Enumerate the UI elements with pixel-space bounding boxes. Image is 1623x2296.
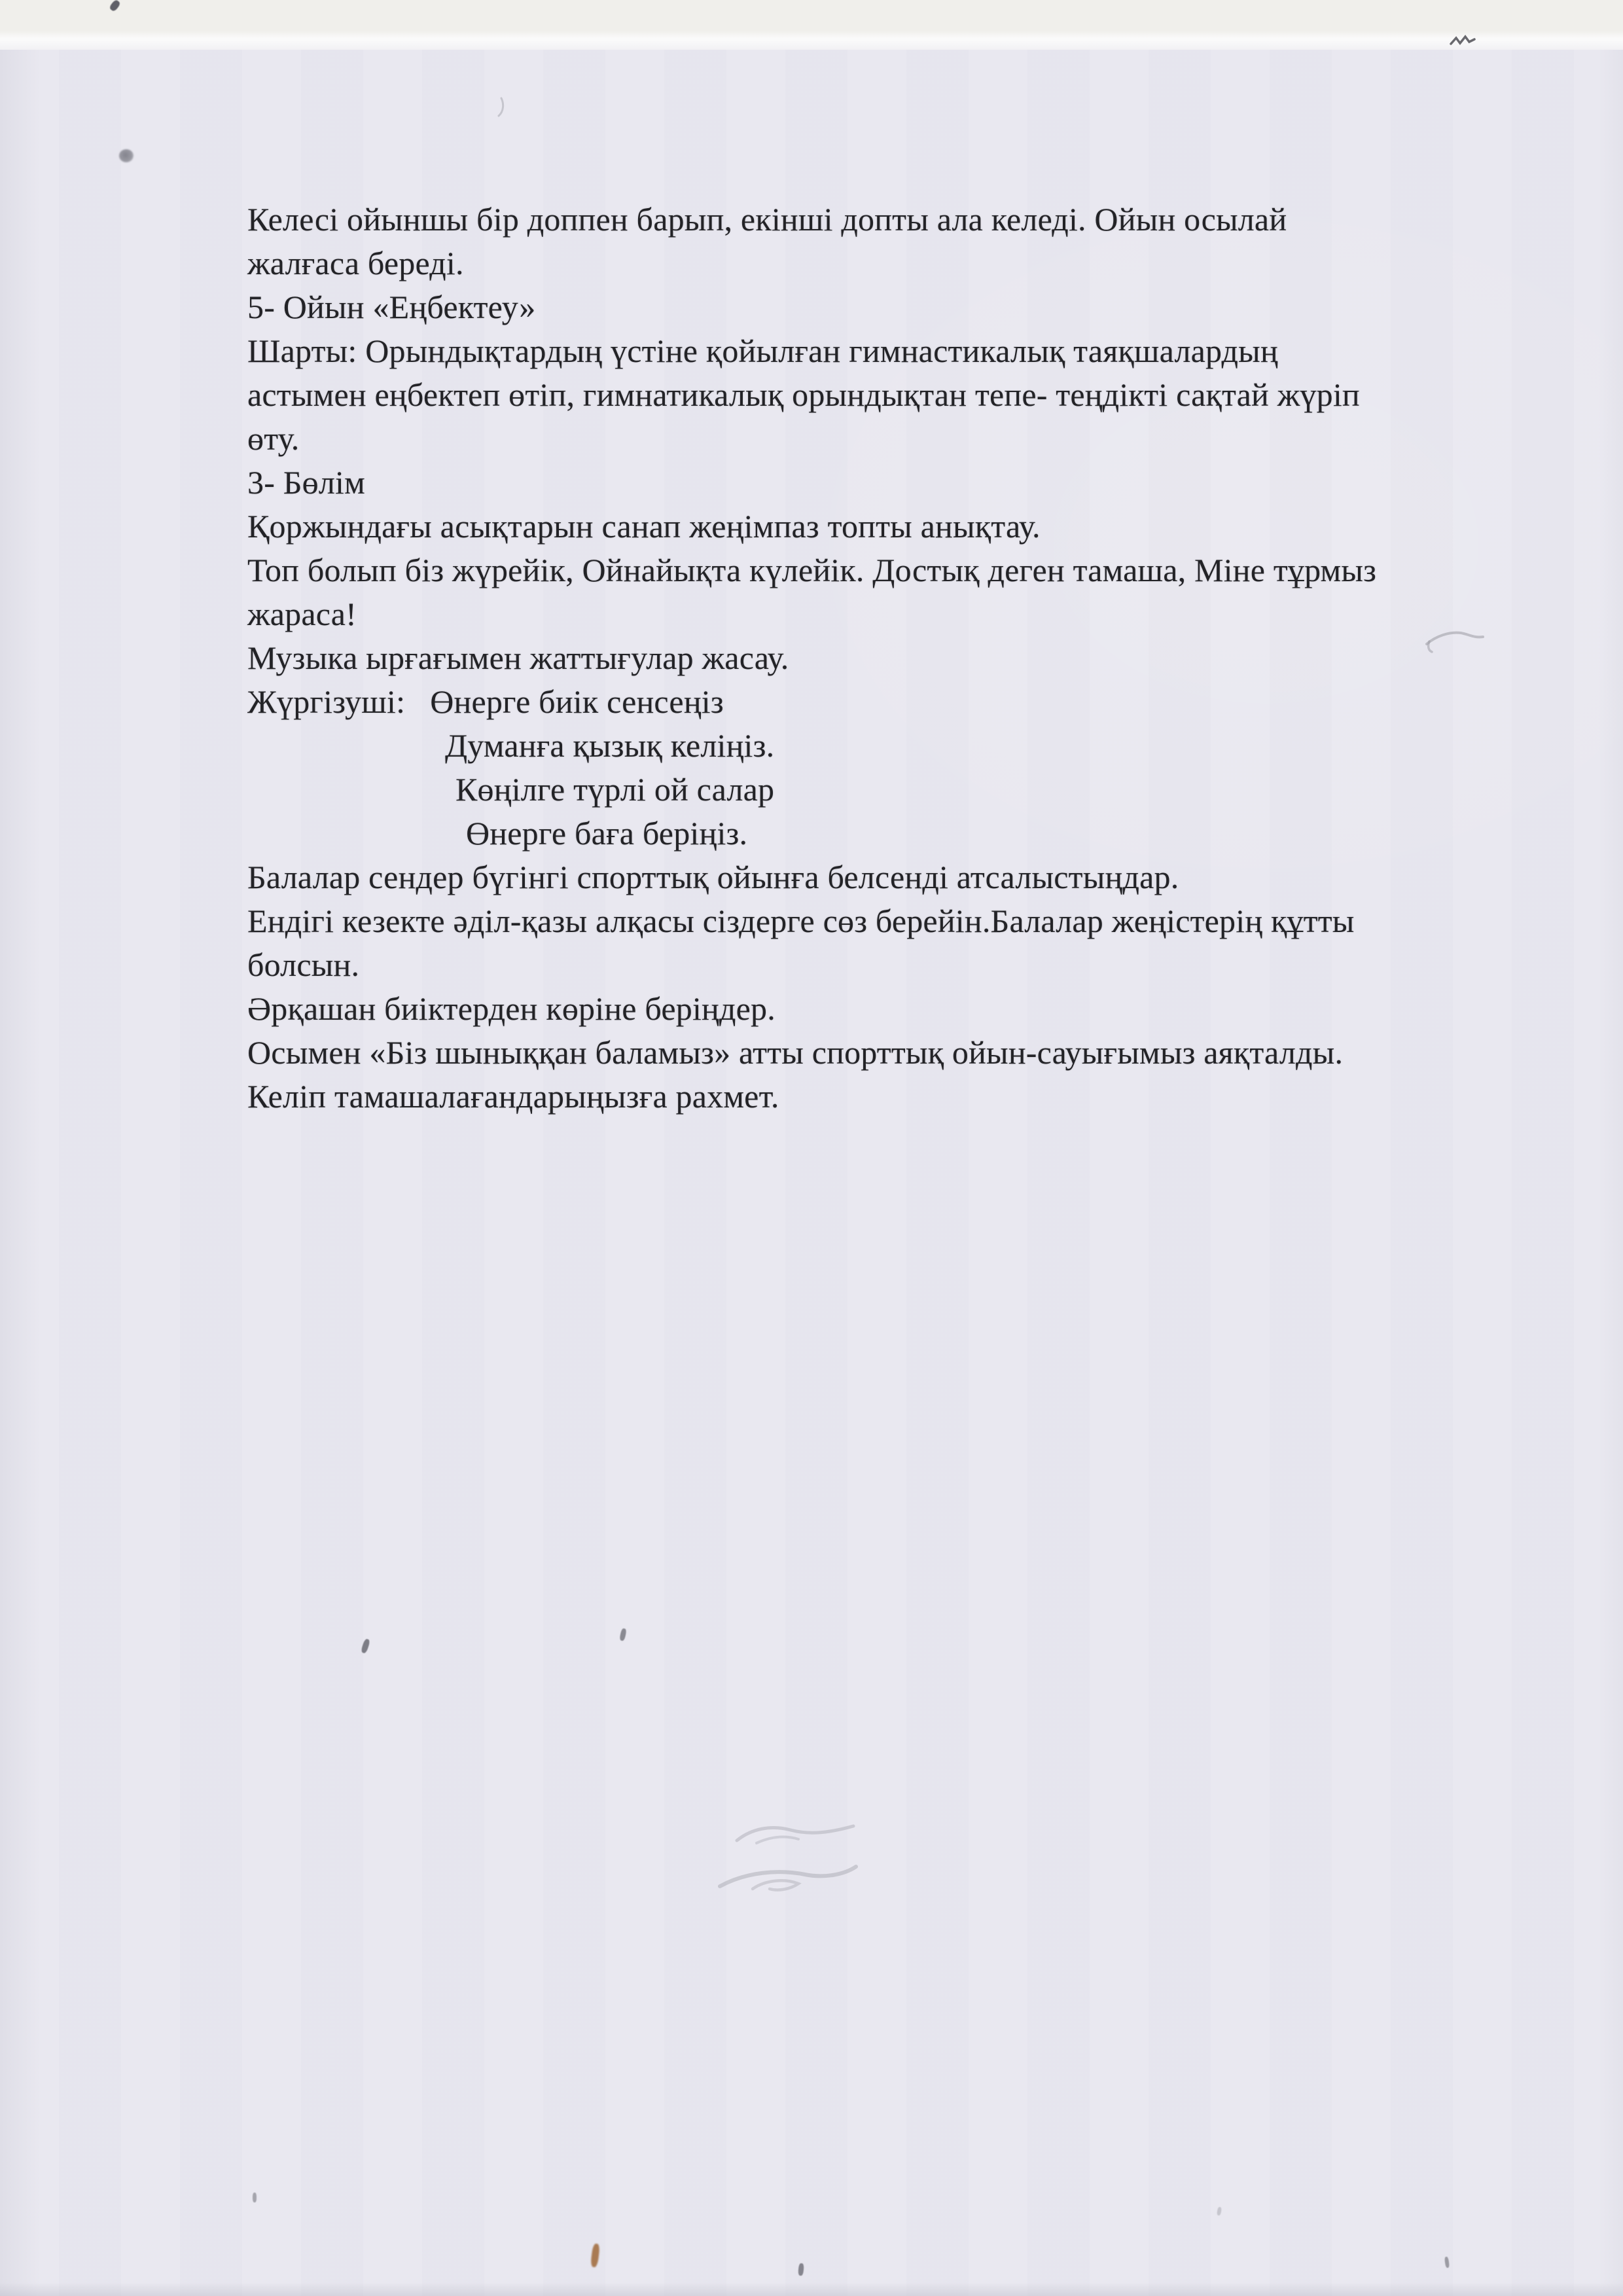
text-line: астымен еңбектеп өтіп, гимнатикалық орын… — [247, 373, 1530, 417]
ink-dot — [119, 149, 134, 162]
text-line-speaker: Жүргізуші:Өнерге биік сенсеңіз — [247, 680, 1530, 724]
text-line: өту. — [247, 417, 1530, 461]
pencil-scribble-bottom-2 — [705, 1851, 866, 1906]
text-line: Келіп тамашалағандарыңызға рахмет. — [247, 1075, 1530, 1119]
text-line: Шарты: Орындықтардың үстіне қойылған гим… — [247, 329, 1530, 373]
text-line: жалғаса береді. — [247, 242, 1530, 285]
verse-line: Думанға қызық келіңіз. — [247, 724, 1530, 768]
text-line: 3- Бөлім — [247, 461, 1530, 505]
text-line: Балалар сендер бүгінгі спорттық ойынға б… — [247, 855, 1530, 899]
document-text: Келесі ойыншы бір доппен барып, екінші д… — [247, 198, 1530, 1119]
text-line: 5- Ойын «Еңбектеу» — [247, 285, 1530, 329]
text-line: жараса! — [247, 592, 1530, 636]
verse-line: Өнерге биік сенсеңіз — [430, 683, 724, 720]
text-line: Музыка ырғағымен жаттығулар жасау. — [247, 636, 1530, 680]
speaker-label: Жүргізуші: — [247, 683, 405, 720]
scribble-top-right — [1449, 33, 1476, 50]
text-line: болсын. — [247, 943, 1530, 987]
pen-hook-mark — [493, 97, 509, 118]
text-line: Келесі ойыншы бір доппен барып, екінші д… — [247, 198, 1530, 242]
scanned-document-page: Келесі ойыншы бір доппен барып, екінші д… — [0, 0, 1623, 2296]
verse-line: Көңілге түрлі ой салар — [247, 768, 1530, 812]
scan-speck — [253, 2193, 257, 2202]
text-line: Қоржындағы асықтарын санап жеңімпаз топт… — [247, 505, 1530, 548]
verse-line: Өнерге баға беріңіз. — [247, 812, 1530, 855]
text-line: Әрқашан биіктерден көріне беріңдер. — [247, 987, 1530, 1031]
scanner-edge-strip — [0, 0, 1623, 50]
text-line: Топ болып біз жүрейік, Ойнайықта күлейік… — [247, 548, 1530, 592]
text-line: Осымен «Біз шыныққан баламыз» атты спорт… — [247, 1031, 1530, 1075]
text-line: Ендігі кезекте әділ-қазы алқасы сіздерге… — [247, 899, 1530, 943]
